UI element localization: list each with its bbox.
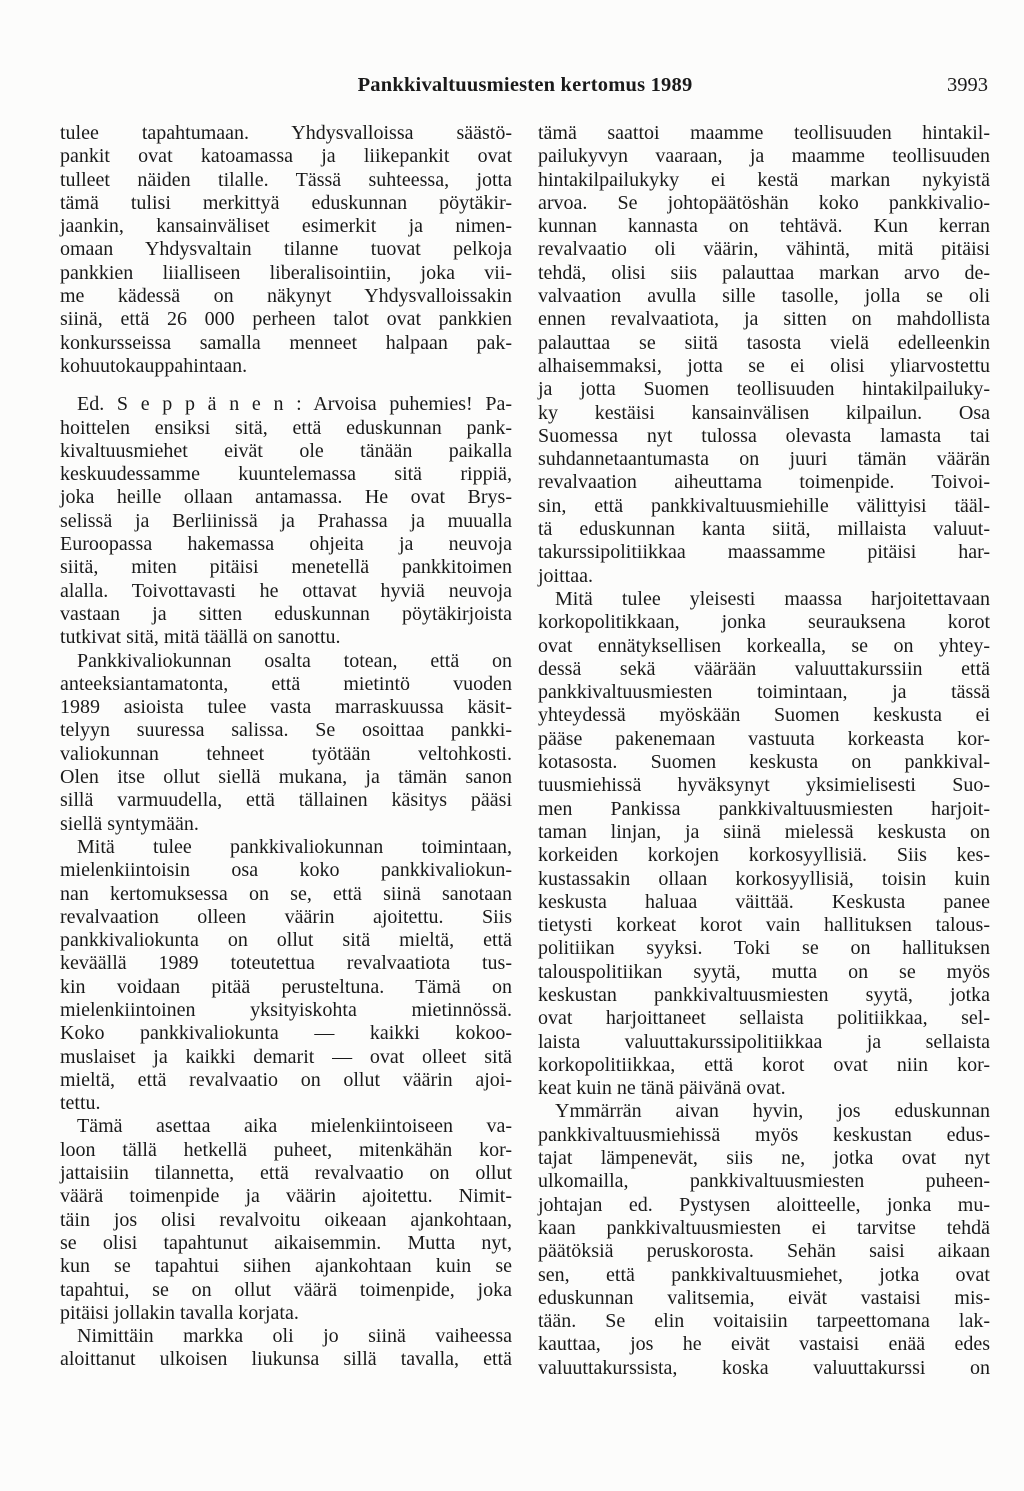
text-line: revalvaatio oli väärin, vähintä, mitä pi… xyxy=(538,238,990,261)
text-line: sillä varmuudella, että tällainen käsity… xyxy=(60,789,512,812)
text-line: yhteydessä myöskään Suomen keskusta ei xyxy=(538,704,990,727)
text-line: kin voidaan pitää perusteltuna. Tämä on xyxy=(60,976,512,999)
paragraph: tulee tapahtumaan. Yhdysvalloissa säästö… xyxy=(60,122,512,378)
text-line: ennen revalvaatiota, ja sitten on mahdol… xyxy=(538,308,990,331)
text-line: Mitä tulee yleisesti maassa harjoitettav… xyxy=(538,588,990,611)
text-line: siinä, että 26 000 perheen talot ovat pa… xyxy=(60,308,512,331)
text-line: sin, että pankkivaltuusmiehille välittyi… xyxy=(538,495,990,518)
text-line: arvoa. Se johtopäätöshän koko pankkivali… xyxy=(538,192,990,215)
text-line: korkopolitiikkaa, että korot ovat niin k… xyxy=(538,1054,990,1077)
text-line: tietysti korkeat korot vain hallituksen … xyxy=(538,914,990,937)
text-line: politiikan syyksi. Toki se on hallitukse… xyxy=(538,937,990,960)
text-line: mieltä, että revalvaatio on ollut väärin… xyxy=(60,1069,512,1092)
text-line: revalvaation aiheuttama toimenpide. Toiv… xyxy=(538,471,990,494)
text-line: kun se tapahtui siihen ajankohtaan kuin … xyxy=(60,1255,512,1278)
text-line: tämä saattoi maamme teollisuuden hintaki… xyxy=(538,122,990,145)
text-line: keskustan pankkivaltuusmiesten syytä, jo… xyxy=(538,984,990,1007)
paragraph: Ed. S e p p ä n e n : Arvoisa puhemies! … xyxy=(60,393,512,649)
text-line: Ymmärrän aivan hyvin, jos eduskunnan xyxy=(538,1100,990,1123)
text-line: taman linjan, ja siinä mielessä keskusta… xyxy=(538,821,990,844)
text-line: kohuutokauppahintaan. xyxy=(60,355,512,378)
text-line: ja jotta Suomen teollisuuden hintakilpai… xyxy=(538,378,990,401)
text-line: mielenkiintoisin osa koko pankkivaliokun… xyxy=(60,859,512,882)
text-line: väärä toimenpide ja väärin ajoitettu. Ni… xyxy=(60,1185,512,1208)
text-line: tulleet näiden tilalle. Tässä suhteessa,… xyxy=(60,169,512,192)
text-line: valuuttakurssista, koska valuuttakurssi … xyxy=(538,1357,990,1380)
text-line: kaan pankkivaltuusmiesten ei tarvitse te… xyxy=(538,1217,990,1240)
text-line: vastaan ja sitten eduskunnan pöytäkirjoi… xyxy=(60,603,512,626)
text-line: tuusmiehissä hyväksynyt yksimielisesti S… xyxy=(538,774,990,797)
text-line: pankkivaliokunta on ollut sitä mieltä, e… xyxy=(60,929,512,952)
text-line: tettu. xyxy=(60,1092,512,1115)
text-line: pankit ovat katoamassa ja liikepankit ov… xyxy=(60,145,512,168)
text-line: suhdannetaantumasta on juuri tämän väärä… xyxy=(538,448,990,471)
text-line: aloittanut ulkoisen liukunsa sillä taval… xyxy=(60,1348,512,1371)
text-line: pankkien liialliseen liberalisointiin, j… xyxy=(60,262,512,285)
text-line: pailukyvyn vaaraan, ja maamme teollisuud… xyxy=(538,145,990,168)
text-line: Tämä asettaa aika mielenkiintoiseen va- xyxy=(60,1115,512,1138)
text-line: talouspolitiikan syytä, mutta on se myös xyxy=(538,961,990,984)
text-line: tään. Se elin voitaisiin tarpeettomana l… xyxy=(538,1310,990,1333)
text-line: täin jos olisi revalvoitu oikeaan ajanko… xyxy=(60,1209,512,1232)
text-line: loon tällä hetkellä puheet, mitenkähän k… xyxy=(60,1139,512,1162)
text-line: nan kertomuksessa on se, että siinä sano… xyxy=(60,883,512,906)
paragraph: Ymmärrän aivan hyvin, jos eduskunnanpank… xyxy=(538,1100,990,1380)
text-line: tutkivat sitä, mitä täällä on sanottu. xyxy=(60,626,512,649)
text-line: Nimittäin markka oli jo siinä vaiheessa xyxy=(60,1325,512,1348)
text-line: eduskunnan valitsemia, eivät vastaisi mi… xyxy=(538,1287,990,1310)
text-line: Pankkivaliokunnan osalta totean, että on xyxy=(60,650,512,673)
text-line: pankkivaltuusmiesten toimintaan, ja täss… xyxy=(538,681,990,704)
text-line: alhaisemmaksi, jotta se ei olisi yliarvo… xyxy=(538,355,990,378)
text-line: valvaation avulla sille tasolle, jolla s… xyxy=(538,285,990,308)
text-line: konkursseissa samalla menneet halpaan pa… xyxy=(60,332,512,355)
text-line: korkeiden korkojen korkosyyllisiä. Siis … xyxy=(538,844,990,867)
text-line: alalla. Toivottavasti he ottavat hyviä n… xyxy=(60,580,512,603)
text-line: Mitä tulee pankkivaliokunnan toimintaan, xyxy=(60,836,512,859)
text-line: selissä ja Berliinissä ja Prahassa ja mu… xyxy=(60,510,512,533)
text-line: siellä syntymään. xyxy=(60,813,512,836)
page-number: 3993 xyxy=(947,72,988,98)
text-line: Suomessa nyt tulossa olevasta lamasta ta… xyxy=(538,425,990,448)
paragraph: Mitä tulee pankkivaliokunnan toimintaan,… xyxy=(60,836,512,1116)
text-line: sen, että pankkivaltuusmiehet, jotka ova… xyxy=(538,1264,990,1287)
scanned-page: Pankkivaltuusmiesten kertomus 1989 3993 … xyxy=(0,0,1024,1491)
text-line: se olisi tapahtunut aikaisemmin. Mutta n… xyxy=(60,1232,512,1255)
text-line: kotasosta. Suomen keskusta on pankkival- xyxy=(538,751,990,774)
text-line: hintakilpailukyky ei kestä markan nykyis… xyxy=(538,169,990,192)
text-line: pääse pakenemaan vastuuta korkeasta kor- xyxy=(538,728,990,751)
text-line: valiokunnan tehneet työtään veltohkosti. xyxy=(60,743,512,766)
text-line: kauttaa, jos he eivät vastaisi enää edes xyxy=(538,1333,990,1356)
text-line: mielenkiintoinen yksityiskohta mietinnös… xyxy=(60,999,512,1022)
text-line: tämä tulisi merkittyä eduskunnan pöytäki… xyxy=(60,192,512,215)
page-header-title: Pankkivaltuusmiesten kertomus 1989 xyxy=(60,72,990,98)
text-line: kivaltuusmiehet eivät ole tänään paikall… xyxy=(60,440,512,463)
text-line: päätöksiä peruskorosta. Sehän saisi aika… xyxy=(538,1240,990,1263)
text-line: dessä sekä väärään valuuttakurssiin että xyxy=(538,658,990,681)
text-line: muslaiset ja kaikki demarit — ovat ollee… xyxy=(60,1046,512,1069)
text-line: anteeksiantamatonta, että mietintö vuode… xyxy=(60,673,512,696)
text-line: kunnan kannasta on tehtävä. Kun kerran xyxy=(538,215,990,238)
text-line: hoittelen ensiksi sitä, että eduskunnan … xyxy=(60,417,512,440)
text-line: pankkivaltuusmiehissä myös keskustan edu… xyxy=(538,1124,990,1147)
text-line: ulkomailla, pankkivaltuusmiesten puheen- xyxy=(538,1170,990,1193)
text-line: joittaa. xyxy=(538,565,990,588)
text-line: tajat lämpenevät, siis ne, jotka ovat ny… xyxy=(538,1147,990,1170)
text-line: siitä, miten pitäisi menetellä pankkitoi… xyxy=(60,556,512,579)
text-line: omaan Yhdysvaltain tilanne tuovat pelkoj… xyxy=(60,238,512,261)
paragraph: Tämä asettaa aika mielenkiintoiseen va-l… xyxy=(60,1115,512,1325)
paragraph: Nimittäin markka oli jo siinä vaiheessaa… xyxy=(60,1325,512,1372)
text-line: johtajan ed. Pystysen aloitteelle, jonka… xyxy=(538,1194,990,1217)
text-line: Euroopassa hakemassa ohjeita ja neuvoja xyxy=(60,533,512,556)
text-line: jaankin, kansainväliset esimerkit ja nim… xyxy=(60,215,512,238)
text-line: tä eduskunnan kanta siitä, millaista val… xyxy=(538,518,990,541)
text-line: tulee tapahtumaan. Yhdysvalloissa säästö… xyxy=(60,122,512,145)
text-line: tehdä, olisi siis palauttaa markan arvo … xyxy=(538,262,990,285)
text-line: keskusta haluaa väittää. Keskusta panee xyxy=(538,891,990,914)
text-line: palauttaa se siitä tasosta vielä edellee… xyxy=(538,332,990,355)
left-column: tulee tapahtumaan. Yhdysvalloissa säästö… xyxy=(60,122,512,1380)
text-line: tapahtui, se on ollut väärä toimenpide, … xyxy=(60,1279,512,1302)
text-line: revalvaation olleen väärin ajoitettu. Si… xyxy=(60,906,512,929)
text-line: ovat ennätyksellisen korkealla, se on yh… xyxy=(538,635,990,658)
text-line: keväällä 1989 toteutettua revalvaatiota … xyxy=(60,952,512,975)
text-line: pitäisi jollakin tavalla korjata. xyxy=(60,1302,512,1325)
text-line: laista valuuttakurssipolitiikkaa ja sell… xyxy=(538,1031,990,1054)
text-line: keskuudessamme kuuntelemassa sitä rippiä… xyxy=(60,463,512,486)
text-line: Olen itse ollut siellä mukana, ja tämän … xyxy=(60,766,512,789)
text-line: kustassakin ollaan korkosyyllisiä, toisi… xyxy=(538,868,990,891)
text-line: Ed. S e p p ä n e n : Arvoisa puhemies! … xyxy=(60,393,512,416)
text-line: keat kuin ne tänä päivänä ovat. xyxy=(538,1077,990,1100)
paragraph: Pankkivaliokunnan osalta totean, että on… xyxy=(60,650,512,836)
text-line: 1989 asioista tulee vasta marraskuussa k… xyxy=(60,696,512,719)
right-column: tämä saattoi maamme teollisuuden hintaki… xyxy=(538,122,990,1380)
text-line: korkopolitikkaan, jonka seurauksena koro… xyxy=(538,611,990,634)
text-line: me kädessä on näkynyt Yhdysvalloissakin xyxy=(60,285,512,308)
page-header: Pankkivaltuusmiesten kertomus 1989 3993 xyxy=(60,72,990,98)
text-line: jattaisiin tilannetta, että revalvaatio … xyxy=(60,1162,512,1185)
text-columns: tulee tapahtumaan. Yhdysvalloissa säästö… xyxy=(60,122,990,1380)
text-line: men Pankissa pankkivaltuusmiesten harjoi… xyxy=(538,798,990,821)
paragraph: tämä saattoi maamme teollisuuden hintaki… xyxy=(538,122,990,588)
text-line: ky kestäisi kansainvälisen kilpailun. Os… xyxy=(538,402,990,425)
text-line: takurssipolitiikkaa maassamme pitäisi ha… xyxy=(538,541,990,564)
text-line: telyyn suuressa salissa. Se osoittaa pan… xyxy=(60,719,512,742)
text-line: joka heille ollaan antamassa. He ovat Br… xyxy=(60,486,512,509)
text-line: ovat harjoittaneet sellaista politiikkaa… xyxy=(538,1007,990,1030)
paragraph: Mitä tulee yleisesti maassa harjoitettav… xyxy=(538,588,990,1101)
text-line: Koko pankkivaliokunta — kaikki kokoo- xyxy=(60,1022,512,1045)
